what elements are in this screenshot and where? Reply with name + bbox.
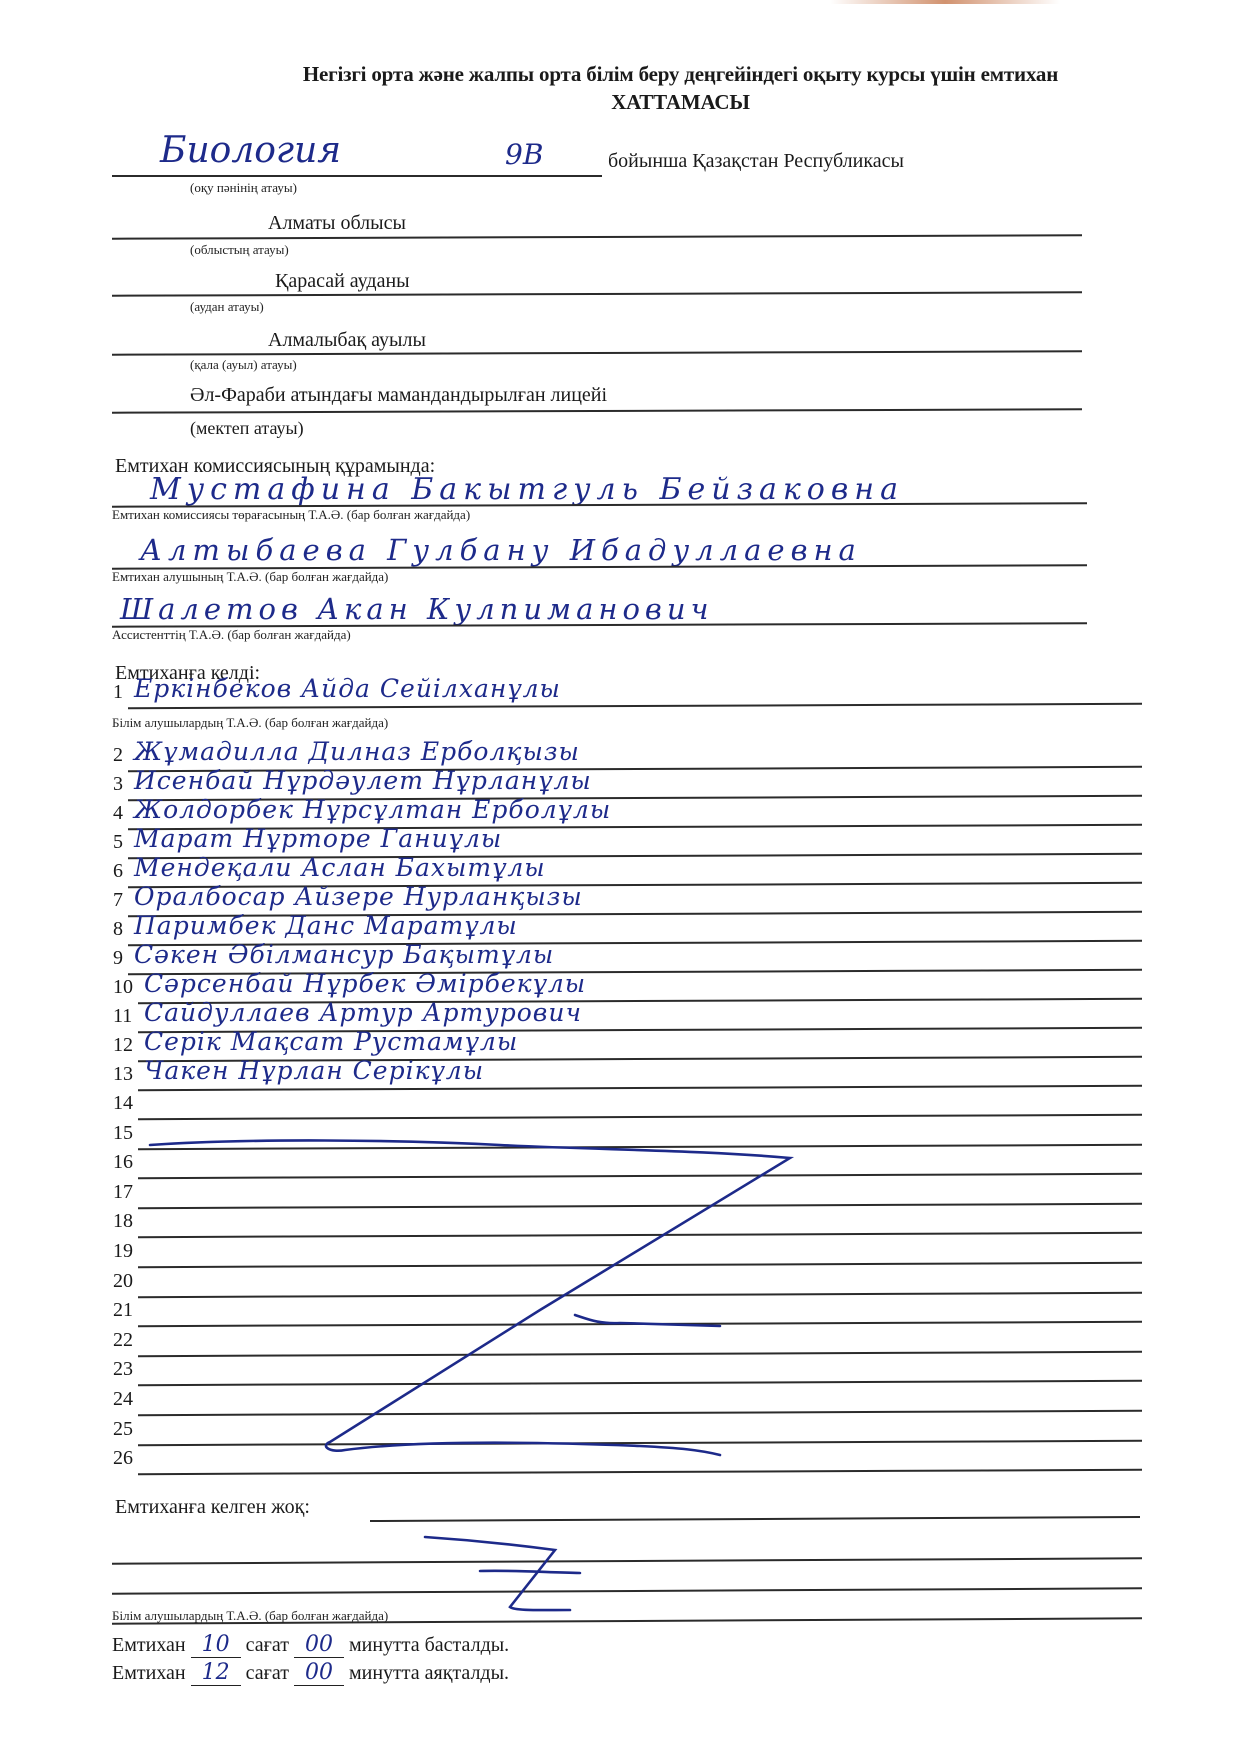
start-minute[interactable]: 00: [294, 1632, 344, 1658]
start-hour-label: сағат: [246, 1634, 289, 1656]
student-name-field[interactable]: Еркінбеков Айда Сейілханұлы: [134, 674, 561, 703]
student-number: 13: [113, 1063, 143, 1086]
examiner-name[interactable]: Алтыбаева Гулбану Ибадуллаевна: [140, 533, 862, 567]
attended-caption: Білім алушылардың Т.А.Ә. (бар болған жағ…: [112, 715, 388, 731]
chair-caption: Емтихан комиссиясы төрағасының Т.А.Ә. (б…: [112, 507, 470, 523]
student-line: [138, 1321, 1142, 1327]
student-number: 26: [113, 1447, 143, 1470]
student-name-field[interactable]: Исенбай Нұрдәулет Нұрланұлы: [134, 766, 592, 795]
student-number: 17: [113, 1181, 143, 1204]
end-time-row: Емтихан 12 сағат 00 минутта аяқталды.: [112, 1660, 509, 1686]
start-prefix: Емтихан: [112, 1634, 186, 1656]
end-minute[interactable]: 00: [294, 1660, 344, 1686]
start-hour[interactable]: 10: [191, 1632, 241, 1658]
assistant-name[interactable]: Шалетов Акан Кулпиманович: [120, 592, 714, 626]
student-number: 18: [113, 1210, 143, 1233]
region-line: [112, 234, 1082, 239]
student-number: 22: [113, 1329, 143, 1352]
subject-caption: (оқу пәнінің атауы): [190, 180, 297, 196]
student-name-field[interactable]: Марат Нұрторе Ганиұлы: [134, 824, 502, 853]
student-line: [138, 1410, 1142, 1416]
student-line: [138, 1173, 1142, 1179]
student-number: 23: [113, 1358, 143, 1381]
student-line: [138, 1291, 1142, 1297]
district-caption: (аудан атауы): [190, 299, 264, 315]
examiner-caption: Емтихан алушының Т.А.Ә. (бар болған жағд…: [112, 569, 388, 585]
student-line: [138, 1114, 1142, 1120]
student-line: [138, 1439, 1142, 1445]
class-value[interactable]: 9В: [505, 138, 543, 171]
subject-suffix: бойынша Қазақстан Республикасы: [608, 150, 904, 173]
school-line: [112, 408, 1082, 413]
student-number: 21: [113, 1299, 143, 1322]
student-number: 11: [113, 1005, 143, 1028]
absent-heading: Емтиханға келген жоқ:: [115, 1496, 310, 1519]
student-number: 14: [113, 1092, 143, 1115]
student-number: 12: [113, 1034, 143, 1057]
start-time-row: Емтихан 10 сағат 00 минутта басталды.: [112, 1632, 509, 1658]
student-number: 10: [113, 976, 143, 999]
student-line: [138, 1380, 1142, 1386]
student-line: [138, 1351, 1142, 1357]
absent-line-3: [112, 1587, 1142, 1594]
region-caption: (облыстың атауы): [190, 242, 289, 258]
student-number: 15: [113, 1122, 143, 1145]
student-name-field[interactable]: Сәрсенбай Нұрбек Әмірбекұлы: [144, 969, 586, 998]
document-subtitle: ХАТТАМАСЫ: [60, 90, 1241, 115]
assistant-caption: Ассистенттің Т.А.Ә. (бар болған жағдайда…: [112, 627, 351, 643]
student-line: [138, 1203, 1142, 1209]
student-name-field[interactable]: Жолдорбек Нұрсұлтан Ерболұлы: [134, 795, 611, 824]
student-number: 16: [113, 1151, 143, 1174]
student-line: [138, 1262, 1142, 1268]
district-value[interactable]: Қарасай ауданы: [275, 270, 410, 293]
village-caption: (қала (ауыл) атауы): [190, 357, 297, 373]
district-line: [112, 291, 1082, 296]
village-value[interactable]: Алмалыбақ ауылы: [268, 329, 426, 352]
absent-line-1: [370, 1516, 1140, 1522]
student-name-field[interactable]: Сайдуллаев Артур Артурович: [144, 998, 582, 1027]
student-name-field[interactable]: Чакен Нұрлан Серікұлы: [144, 1056, 484, 1085]
document-title: Негізгі орта және жалпы орта білім беру …: [60, 62, 1241, 87]
student-line: [128, 703, 1142, 709]
village-line: [112, 350, 1082, 355]
student-name-field[interactable]: Мендеқали Аслан Бахытұлы: [134, 853, 546, 882]
end-hour[interactable]: 12: [191, 1660, 241, 1686]
subject-line: [112, 175, 602, 177]
end-prefix: Емтихан: [112, 1662, 186, 1684]
scan-smudge: [830, 0, 1060, 4]
student-line: [138, 1085, 1142, 1091]
student-number: 25: [113, 1418, 143, 1441]
student-line: [138, 1143, 1142, 1149]
student-name-field[interactable]: Оралбосар Айзере Нурланқызы: [134, 882, 583, 911]
student-name-field[interactable]: Серік Мақсат Рустамұлы: [144, 1027, 518, 1056]
student-name-field[interactable]: Паримбек Данс Маратұлы: [134, 911, 518, 940]
absent-caption: Білім алушылардың Т.А.Ә. (бар болған жағ…: [112, 1608, 388, 1624]
student-line: [138, 1469, 1142, 1475]
student-number: 20: [113, 1270, 143, 1293]
subject-value[interactable]: Биология: [160, 130, 341, 171]
school-caption: (мектеп атауы): [190, 418, 304, 439]
student-name-field[interactable]: Сәкен Әбілмансур Бақытұлы: [134, 940, 554, 969]
end-hour-label: сағат: [246, 1662, 289, 1684]
end-suffix: минутта аяқталды.: [349, 1662, 509, 1684]
start-suffix: минутта басталды.: [349, 1634, 509, 1656]
absent-line-2: [112, 1557, 1142, 1564]
student-number: 19: [113, 1240, 143, 1263]
student-number: 24: [113, 1388, 143, 1411]
school-value[interactable]: Әл-Фараби атындағы мамандандырылған лице…: [190, 384, 607, 407]
region-value[interactable]: Алматы облысы: [268, 212, 406, 235]
student-line: [138, 1232, 1142, 1238]
student-name-field[interactable]: Жұмадилла Дилназ Ерболқызы: [134, 737, 580, 766]
chair-name[interactable]: Мустафина Бакытгуль Бейзаковна: [150, 472, 904, 507]
